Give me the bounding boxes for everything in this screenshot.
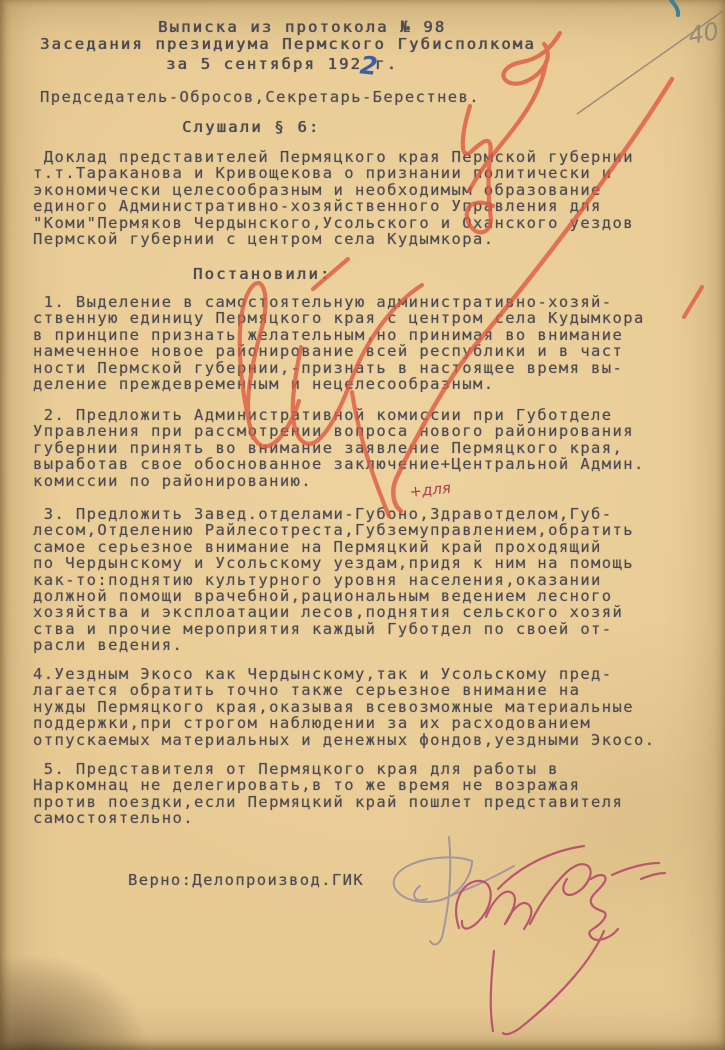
pencil-signature-flourish	[394, 837, 514, 944]
red-pencil-slash	[393, 79, 672, 511]
handwritten-marks-overlay: 40 +для	[0, 0, 725, 1050]
page-number: 40	[686, 17, 721, 50]
handwritten-insertion: +для	[409, 479, 452, 501]
red-pencil-scrawl-top	[463, 33, 560, 232]
blue-ink-tick	[671, 0, 678, 15]
red-pencil-tick	[684, 287, 702, 317]
document-scan: Выписка из протокола № 98 Заседания през…	[0, 0, 725, 1050]
signature	[456, 846, 665, 1034]
